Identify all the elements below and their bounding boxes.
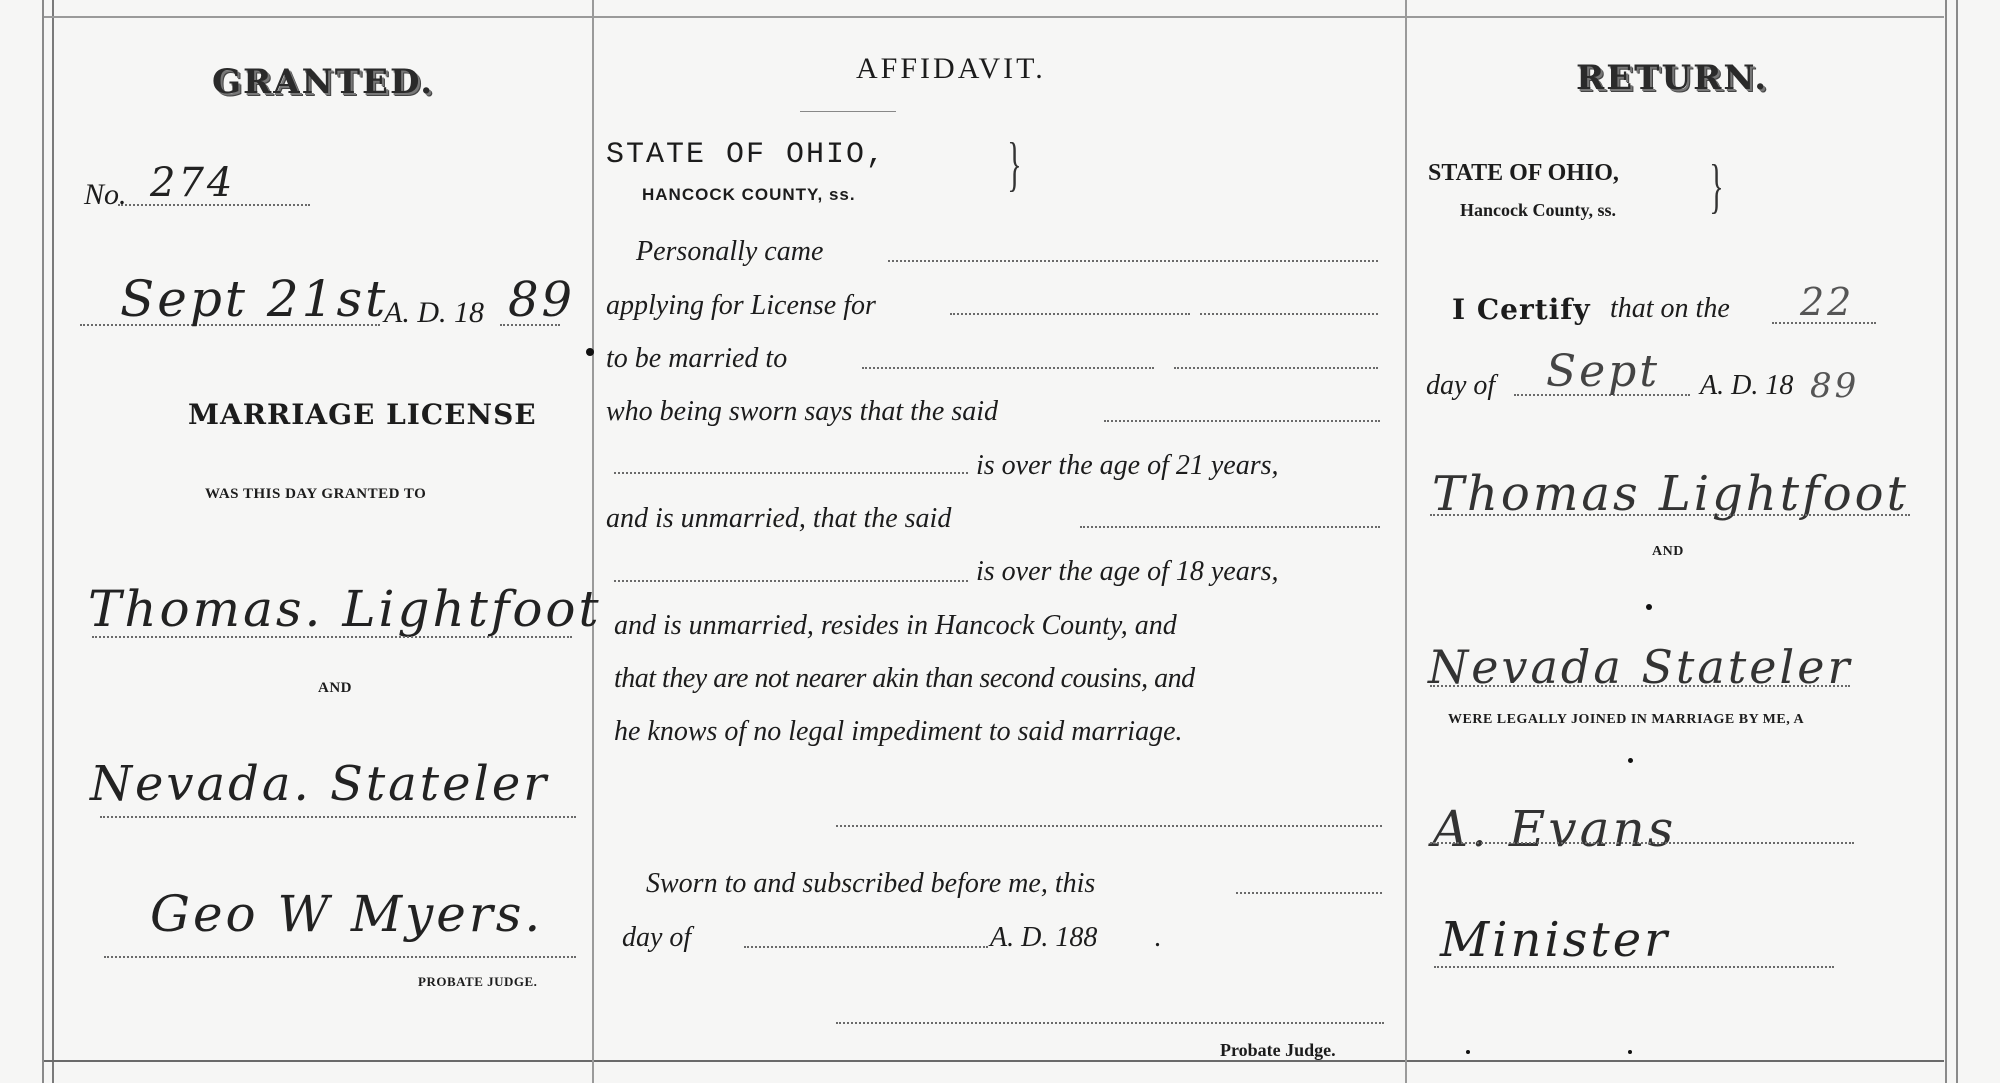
certify-text: that on the <box>1610 293 1730 325</box>
officiant-name-line <box>1430 842 1854 844</box>
affidavit-blank-2b <box>1200 313 1378 315</box>
affidavit-line-8: and is unmarried, resides in Hancock Cou… <box>614 610 1177 642</box>
return-groom-line <box>1430 514 1910 516</box>
affidavit-blank-7 <box>614 580 968 582</box>
probate-judge-signature: Geo W Myers. <box>150 885 543 943</box>
officiant-title-line <box>1434 966 1834 968</box>
affidavit-heading-rule <box>800 111 896 112</box>
affidavit-state-label: STATE OF OHIO, <box>606 138 886 172</box>
column-divider-left <box>592 0 594 1083</box>
affidavit-line-10: he knows of no legal impediment to said … <box>614 716 1183 748</box>
sworn-day-line <box>1236 892 1382 894</box>
right-border-inner <box>1956 0 1958 1083</box>
granted-groom-name: Thomas. Lightfoot <box>88 580 602 638</box>
affidavit-blank-3b <box>1174 367 1378 369</box>
affidavit-line-5: is over the age of 21 years, <box>976 450 1279 482</box>
affidavit-line-2: applying for License for <box>606 290 876 322</box>
affidavit-line-6: and is unmarried, that the said <box>606 503 951 535</box>
sworn-ad-label: A. D. 188 <box>990 922 1097 954</box>
return-day-of-label: day of <box>1426 370 1495 402</box>
marriage-record-page: GRANTED. No. 274 Sept 21st A. D. 18 89 M… <box>0 0 2000 1083</box>
license-number-label: No. <box>84 178 127 212</box>
grant-year-value: 89 <box>508 272 575 328</box>
sworn-month-line <box>744 946 988 948</box>
certify-day-value: 22 <box>1800 280 1854 324</box>
granted-to-label: WAS THIS DAY GRANTED TO <box>205 486 426 503</box>
top-border <box>44 16 1944 18</box>
return-ad-label: A. D. 18 <box>1700 370 1793 402</box>
return-heading: RETURN. <box>1576 58 1768 98</box>
return-brace: } <box>1709 152 1723 221</box>
affidavit-line-3: to be married to <box>606 343 787 375</box>
affidavit-blank-5 <box>614 472 968 474</box>
granted-groom-line <box>92 636 572 638</box>
affidavit-blank-6 <box>1080 526 1380 528</box>
affiant-signature-line <box>836 825 1382 827</box>
right-border-outer <box>1945 0 1947 1083</box>
ink-mark <box>586 348 594 356</box>
affidavit-blank-1 <box>888 260 1378 262</box>
granted-heading: GRANTED. <box>212 62 434 102</box>
probate-judge-line <box>104 956 576 958</box>
return-and-label: AND <box>1652 544 1684 560</box>
granted-bride-name: Nevada. Stateler <box>90 756 549 812</box>
officiant-name: A. Evans <box>1432 800 1676 858</box>
affidavit-line-9: that they are not nearer akin than secon… <box>614 663 1195 695</box>
return-bride-line <box>1430 685 1850 687</box>
return-state-label: STATE OF OHIO, <box>1428 160 1619 187</box>
column-divider-right <box>1405 0 1407 1083</box>
return-county-label: Hancock County, ss. <box>1460 200 1616 221</box>
affidavit-blank-3a <box>862 367 1154 369</box>
affidavit-line-1: Personally came <box>636 236 823 268</box>
affidavit-heading: AFFIDAVIT. <box>856 52 1046 86</box>
grant-ad-label: A. D. 18 <box>384 296 484 330</box>
affidavit-line-4: who being sworn says that the said <box>606 396 998 428</box>
granted-bride-line <box>100 816 576 818</box>
affidavit-county-label: HANCOCK COUNTY, ss. <box>642 185 856 205</box>
return-year-value: 89 <box>1810 366 1859 406</box>
joined-label: WERE LEGALLY JOINED IN MARRIAGE BY ME, A <box>1448 712 1804 728</box>
license-number-value: 274 <box>150 160 235 206</box>
left-border-inner <box>52 0 54 1083</box>
ink-dot <box>1646 604 1652 610</box>
officiant-title: Minister <box>1440 912 1670 968</box>
ink-dot <box>1466 1050 1470 1054</box>
license-title: MARRIAGE LICENSE <box>188 398 537 431</box>
affidavit-line-7: is over the age of 18 years, <box>976 556 1279 588</box>
bottom-border <box>44 1060 1944 1062</box>
affidavit-judge-title: Probate Judge. <box>1220 1040 1336 1061</box>
sworn-day-of-label: day of <box>622 922 691 954</box>
certify-prefix: I Certify <box>1452 293 1591 326</box>
ink-dot <box>1628 758 1633 763</box>
return-month-value: Sept <box>1546 346 1660 397</box>
affidavit-brace: } <box>1007 130 1021 199</box>
sworn-label: Sworn to and subscribed before me, this <box>646 868 1095 900</box>
granted-judge-title: PROBATE JUDGE. <box>418 974 537 990</box>
ink-dot <box>1628 1050 1632 1054</box>
left-border-outer <box>42 0 44 1083</box>
granted-and-label: AND <box>318 680 352 697</box>
affidavit-judge-line <box>836 1022 1384 1024</box>
affidavit-blank-4 <box>1104 420 1380 422</box>
grant-date-value: Sept 21st <box>120 270 388 328</box>
sworn-period: . <box>1154 922 1161 954</box>
affidavit-blank-2a <box>950 313 1190 315</box>
